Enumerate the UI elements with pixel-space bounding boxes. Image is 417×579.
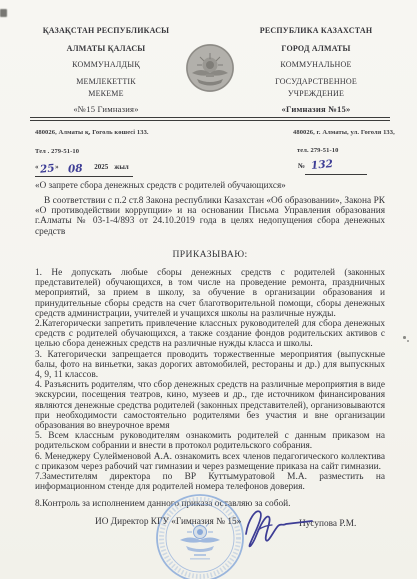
org-type-kk-1: КОММУНАЛДЫҚ: [30, 60, 182, 70]
handwritten-number: 132: [311, 158, 334, 172]
org-type-ru-3: УЧРЕЖДЕНИЕ: [240, 89, 392, 99]
org-type-kk-2: МЕМЛЕКЕТТІК: [30, 77, 182, 87]
address-kk: 480026, Алматы қ, Гоголь көшесі 133.: [35, 129, 149, 136]
year-word: жыл: [114, 160, 128, 175]
org-name-ru: «Гимназия №15»: [240, 104, 392, 114]
order-item-3: 3. Категорически запрещается проводить т…: [35, 350, 385, 381]
handwritten-day: 25: [39, 162, 55, 175]
scan-artifact-speck: [403, 336, 406, 339]
order-number: №132: [298, 159, 367, 176]
number-sign: №: [298, 162, 305, 170]
org-country-kk: ҚАЗАҚСТАН РЕСПУБЛИКАСЫ: [30, 26, 182, 36]
scanned-order-document: ҚАЗАҚСТАН РЕСПУБЛИКАСЫ АЛМАТЫ ҚАЛАСЫ КОМ…: [0, 0, 417, 579]
org-city-kk: АЛМАТЫ ҚАЛАСЫ: [30, 44, 182, 54]
org-name-kk: «№15 Гимназия»: [30, 104, 182, 114]
letterhead-kazakh: ҚАЗАҚСТАН РЕСПУБЛИКАСЫ АЛМАТЫ ҚАЛАСЫ КОМ…: [30, 26, 182, 114]
letterhead-russian: РЕСПУБЛИКА КАЗАХСТАН ГОРОД АЛМАТЫ КОММУН…: [240, 26, 392, 114]
order-item-7: 7.Заместителям директора по ВР Куттымура…: [35, 472, 385, 492]
round-blue-school-stamp-icon: [154, 492, 246, 579]
handwritten-month: 08: [67, 163, 82, 176]
handwritten-signature-icon: [238, 500, 316, 554]
order-item-6: 6. Менеджеру Сулейменовой А.А. ознакомит…: [35, 452, 385, 472]
org-type-ru-2: ГОСУДАРСТВЕННОЕ: [240, 77, 392, 87]
order-preamble: В соответствии с п.2 ст.8 Закона республ…: [35, 196, 385, 237]
order-body: В соответствии с п.2 ст.8 Закона республ…: [35, 196, 385, 510]
phone-ru: тел. 279-51-10: [297, 147, 338, 154]
order-item-2: 2.Категорически запретить привлечение кл…: [35, 319, 385, 350]
order-item-1: 1. Не допускать любые сборы денежных сре…: [35, 268, 385, 319]
year: 2025: [94, 160, 108, 175]
org-country-ru: РЕСПУБЛИКА КАЗАХСТАН: [240, 26, 392, 36]
order-item-4: 4. Разъяснить родителям, что сбор денежн…: [35, 380, 385, 431]
order-date: «25»082025жыл: [35, 160, 133, 177]
scan-artifact-speck: [407, 340, 409, 342]
signatory-position: ИО Директор КГУ «Гимназия № 15»: [95, 517, 241, 527]
order-verb-heading: ПРИКАЗЫВАЮ:: [35, 250, 385, 260]
phone-kk: Тел . 279-51-10: [35, 148, 79, 155]
scan-artifact-corner: [0, 9, 7, 17]
address-ru: 480026, г. Алматы, ул. Гоголя 133,: [293, 129, 395, 136]
quote-open: «: [35, 160, 39, 175]
order-subject: «О запрете сбора денежных средств с роди…: [35, 180, 395, 190]
org-type-kk-3: МЕКЕМЕ: [30, 89, 182, 99]
order-item-5: 5. Всем классным руководителям ознакомит…: [35, 431, 385, 451]
quote-close: »: [55, 160, 59, 175]
letterhead-divider: [30, 117, 390, 121]
kazakhstan-coat-of-arms-icon: [185, 43, 235, 93]
org-type-ru-1: КОММУНАЛЬНОЕ: [240, 60, 392, 70]
org-city-ru: ГОРОД АЛМАТЫ: [240, 44, 392, 54]
